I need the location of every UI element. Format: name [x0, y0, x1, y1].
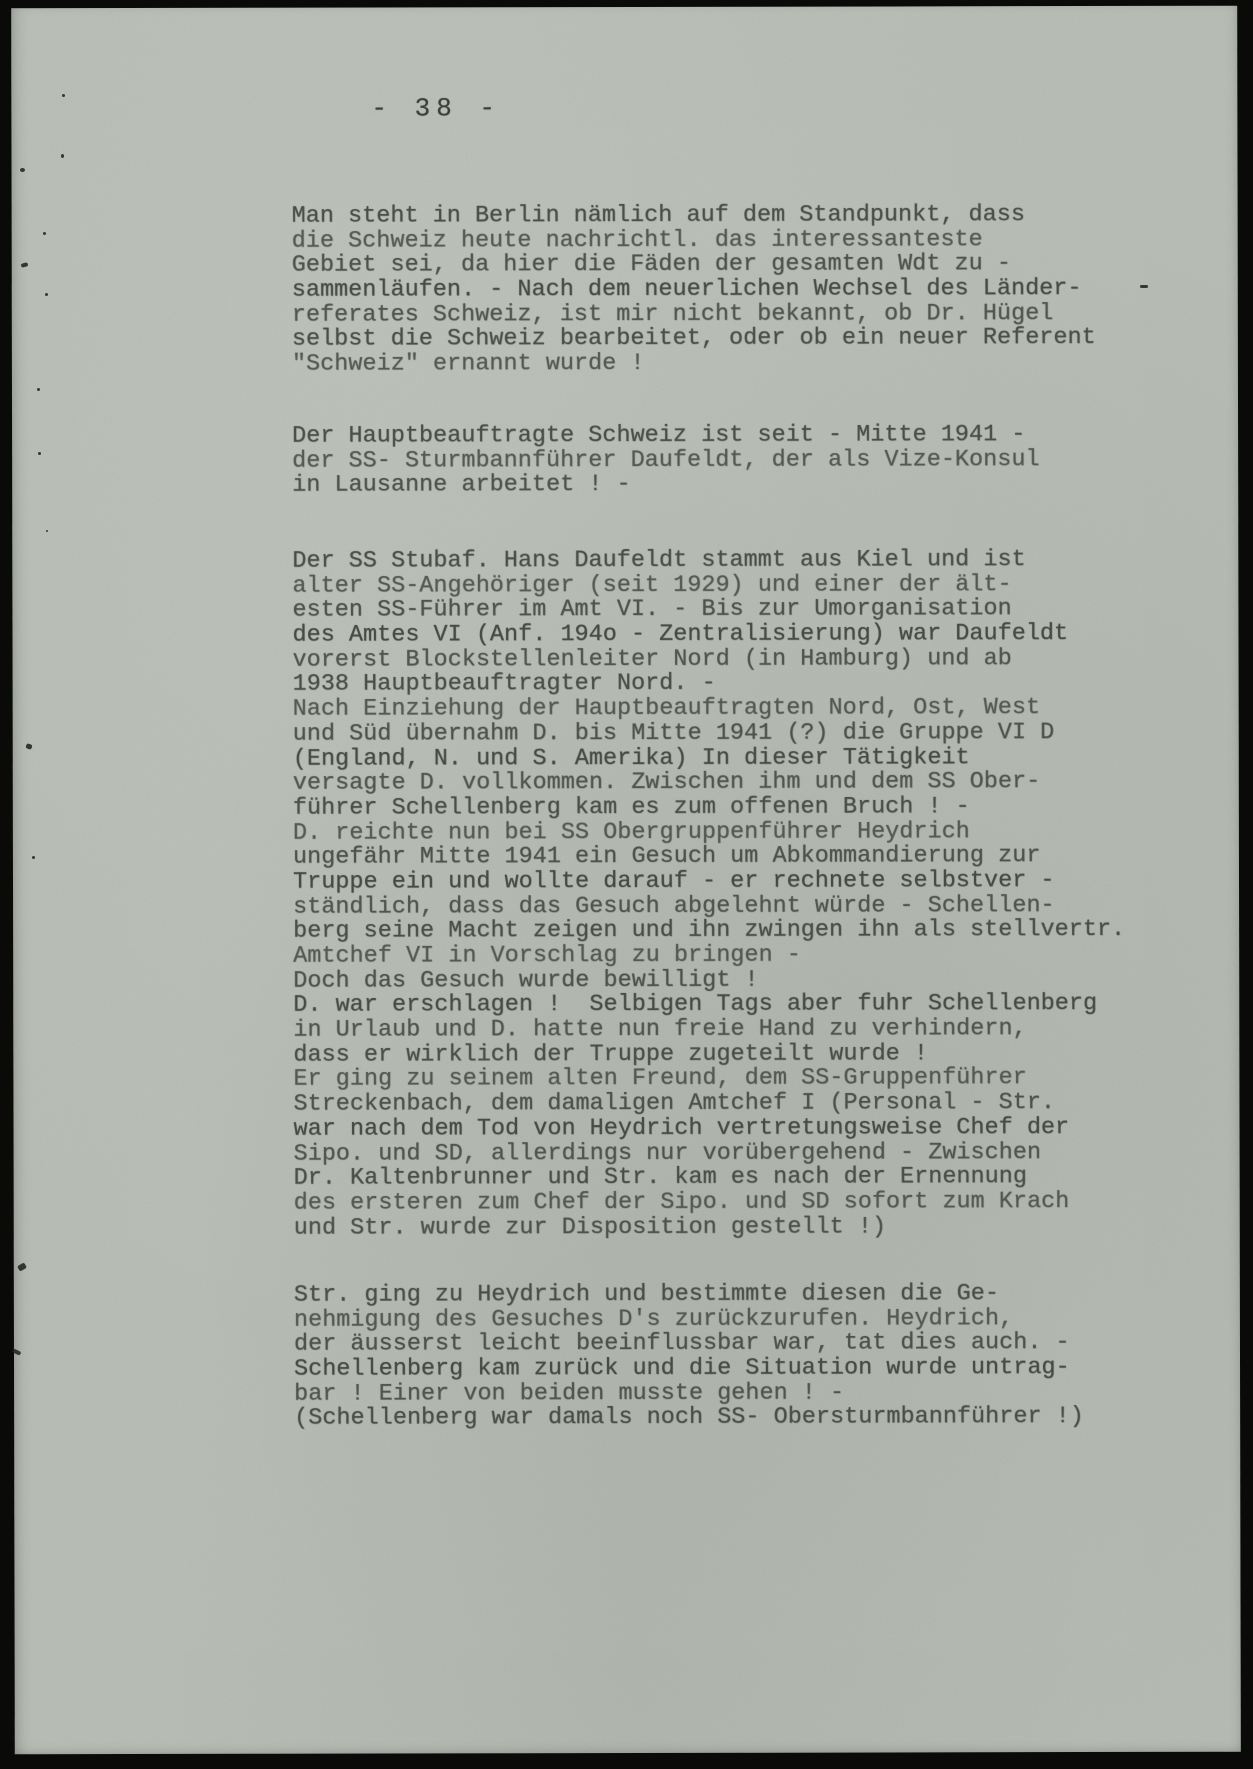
text-line: berg seine Macht zeigen und ihn zwingen … — [293, 918, 1125, 944]
text-line: Amtchef VI in Vorschlag zu bringen - — [293, 943, 1125, 969]
text-line: führer Schellenberg kam es zum offenen B… — [293, 795, 1125, 821]
text-line: selbst die Schweiz bearbeitet, oder ob e… — [292, 326, 1096, 352]
text-line: "Schweiz" ernannt wurde ! — [292, 351, 1096, 377]
text-line: der SS- Sturmbannführer Daufeldt, der al… — [292, 448, 1039, 474]
page-number: - 38 - — [371, 93, 501, 123]
paragraph-berlin-standpunkt: Man steht in Berlin nämlich auf dem Stan… — [292, 203, 1096, 377]
text-line: und Süd übernahm D. bis Mitte 1941 (?) d… — [293, 721, 1125, 747]
paragraph-daufeldt-laufbahn: Der SS Stubaf. Hans Daufeldt stammt aus … — [292, 548, 1125, 1241]
text-line: und Str. wurde zur Disposition gestellt … — [294, 1215, 1126, 1241]
paragraph-hauptbeauftragter-schweiz: Der Hauptbeauftragte Schweiz ist seit - … — [292, 423, 1040, 499]
scanned-document-page: - 38 - Man steht in Berlin nämlich auf d… — [0, 0, 1253, 1769]
text-line: des ersteren zum Chef der Sipo. und SD s… — [294, 1190, 1126, 1216]
text-line: Schellenberg kam zurück und die Situatio… — [294, 1356, 1084, 1382]
text-line: (Schellenberg war damals noch SS- Oberst… — [294, 1405, 1084, 1431]
text-line: in Lausanne arbeitet ! - — [292, 473, 1039, 499]
text-line: in Urlaub und D. hatte nun freie Hand zu… — [293, 1017, 1125, 1043]
document-page: - 38 - Man steht in Berlin nämlich auf d… — [11, 6, 1241, 1755]
text-line: versagte D. vollkommen. Zwischen ihm und… — [293, 770, 1125, 796]
paragraph-streckenbach-heydrich: Str. ging zu Heydrich und bestimmte dies… — [294, 1282, 1084, 1432]
